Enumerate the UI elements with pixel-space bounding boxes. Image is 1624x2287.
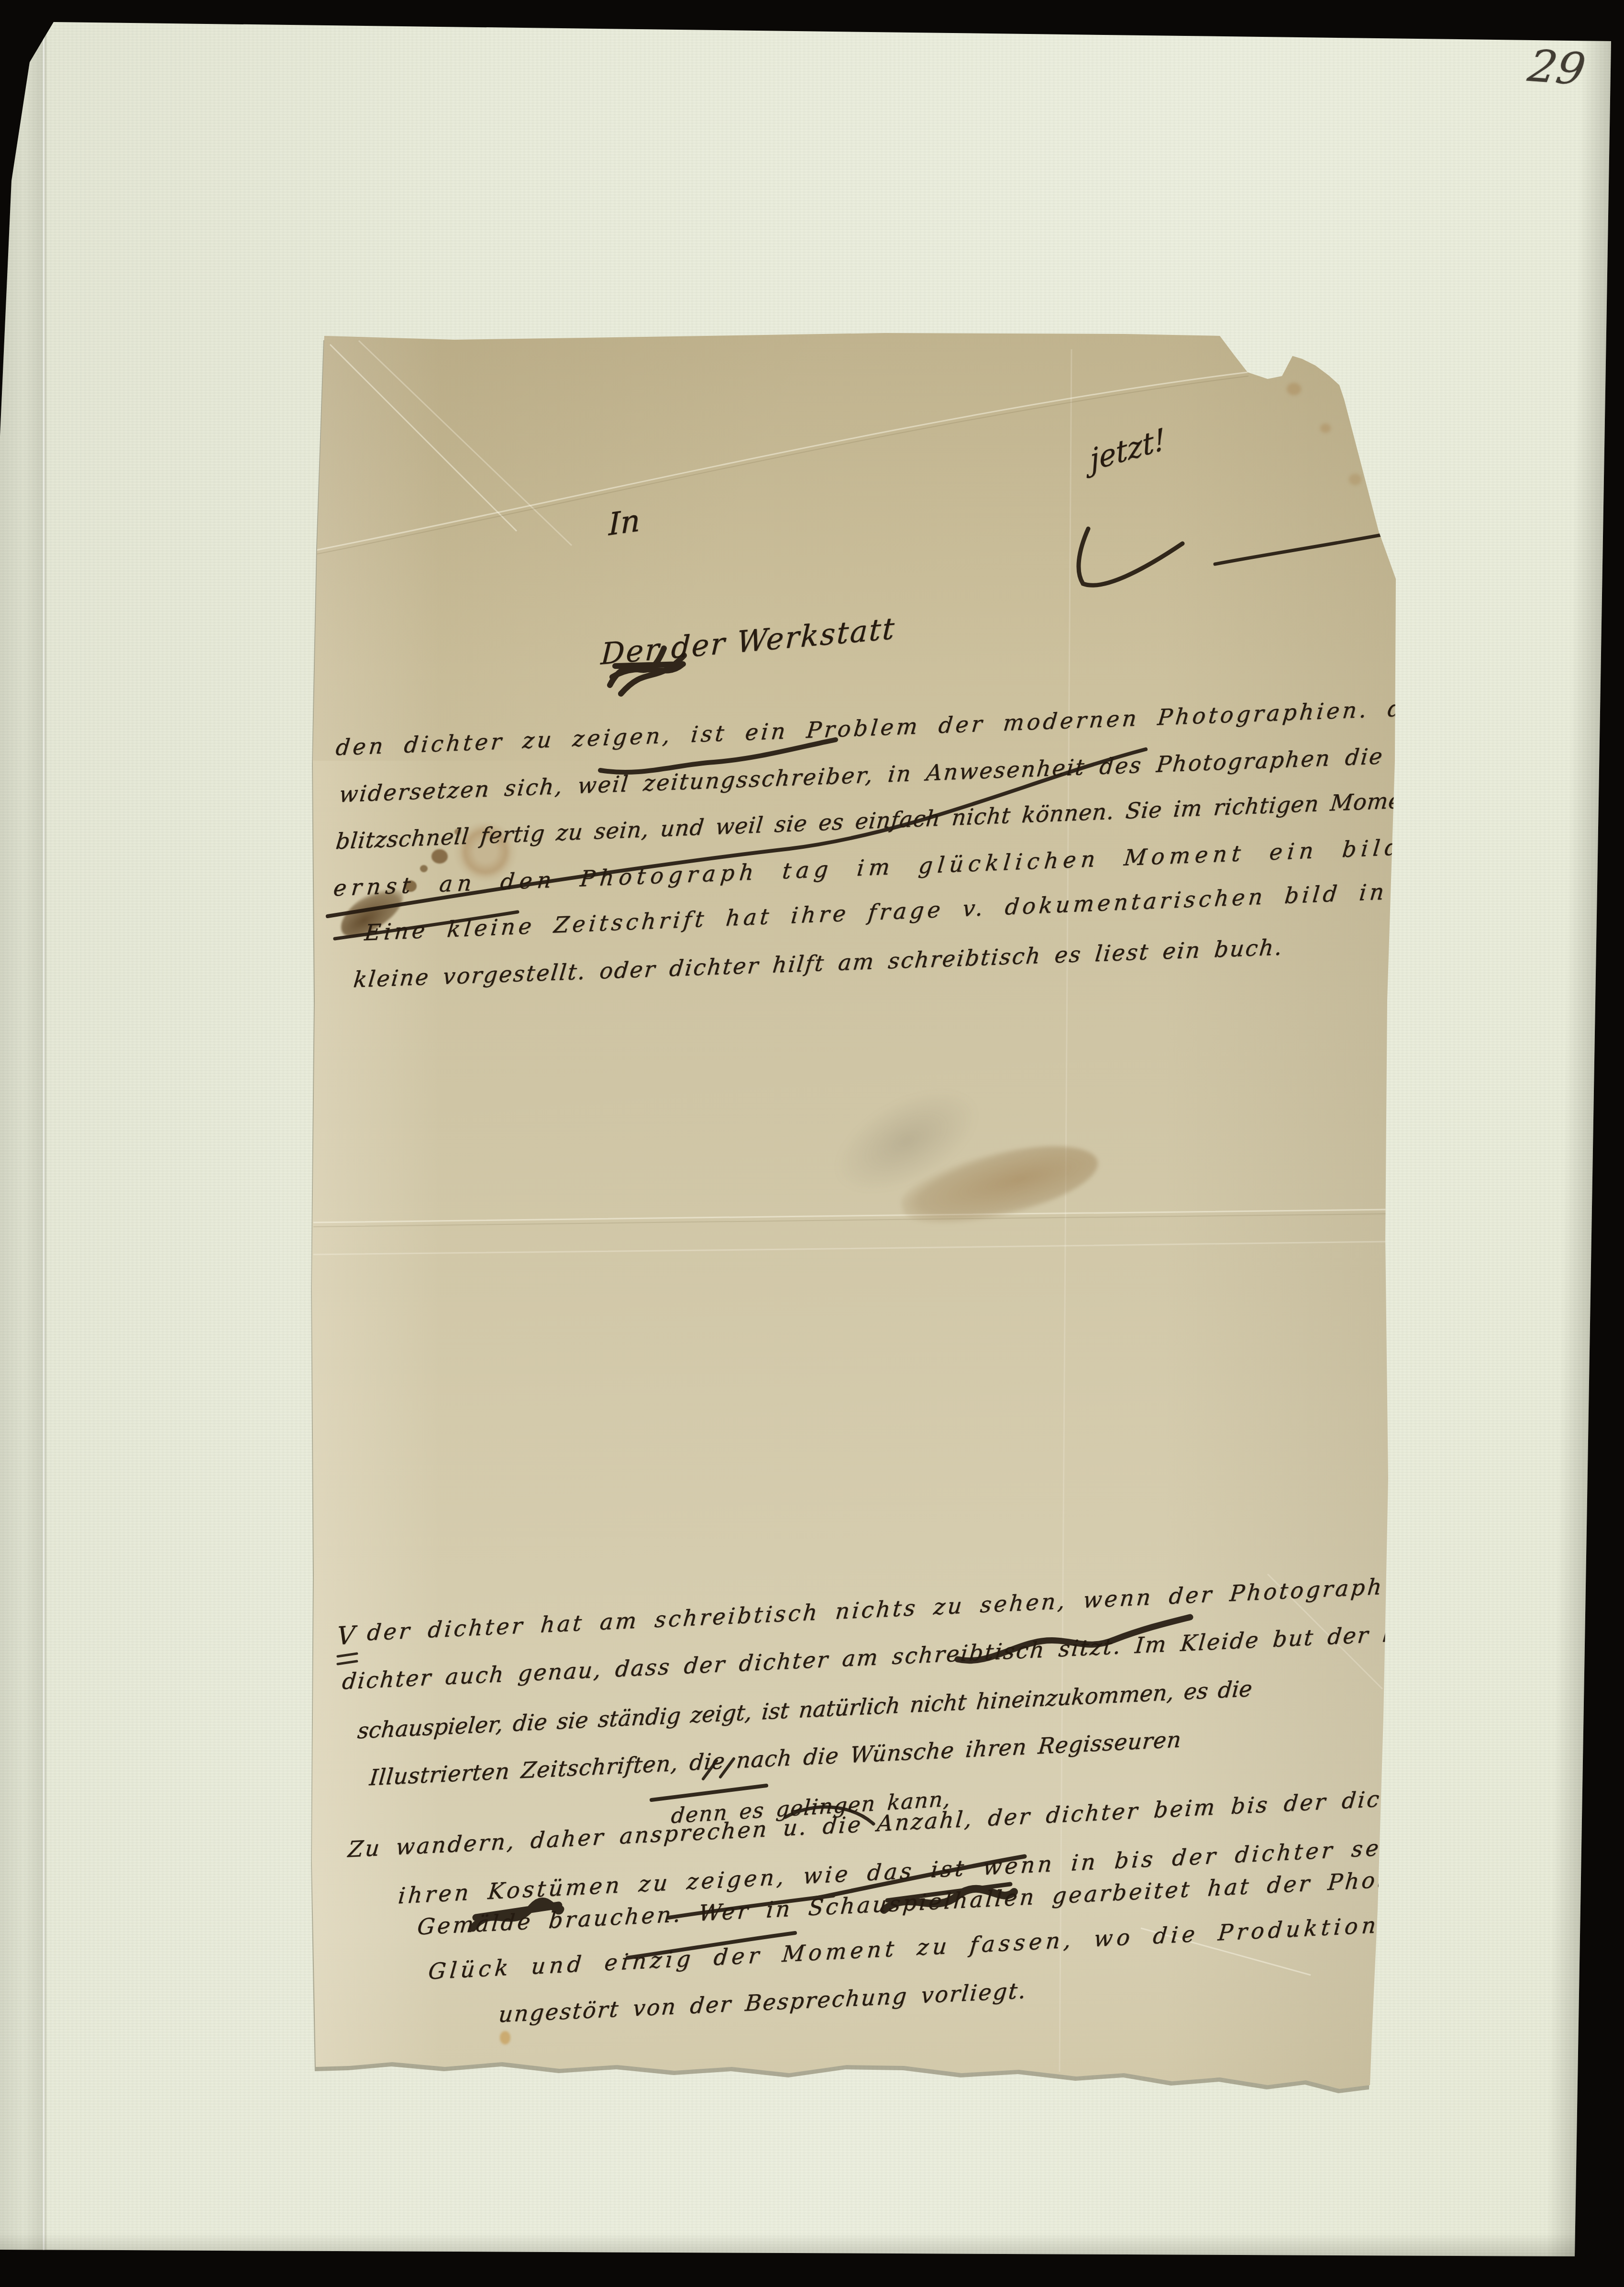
gutter-fold-line <box>43 19 47 2268</box>
album-page: 29 <box>0 0 1624 2287</box>
sheet-top-shading <box>311 330 1402 761</box>
manuscript-sheet: In jetzt! Der der Werkstatt V den dichte… <box>311 330 1402 2100</box>
margin-mark-v: V <box>336 1621 356 1651</box>
binding-gutter-shadow <box>0 0 44 2287</box>
page-number: 29 <box>1525 40 1589 95</box>
page-right-shadow <box>1546 38 1614 2259</box>
page-bottom-shadow <box>0 2233 1579 2256</box>
handwritten-word-in: In <box>608 503 640 543</box>
photo-backdrop: { "page": { "number": "29" }, "manuscrip… <box>0 0 1624 2287</box>
